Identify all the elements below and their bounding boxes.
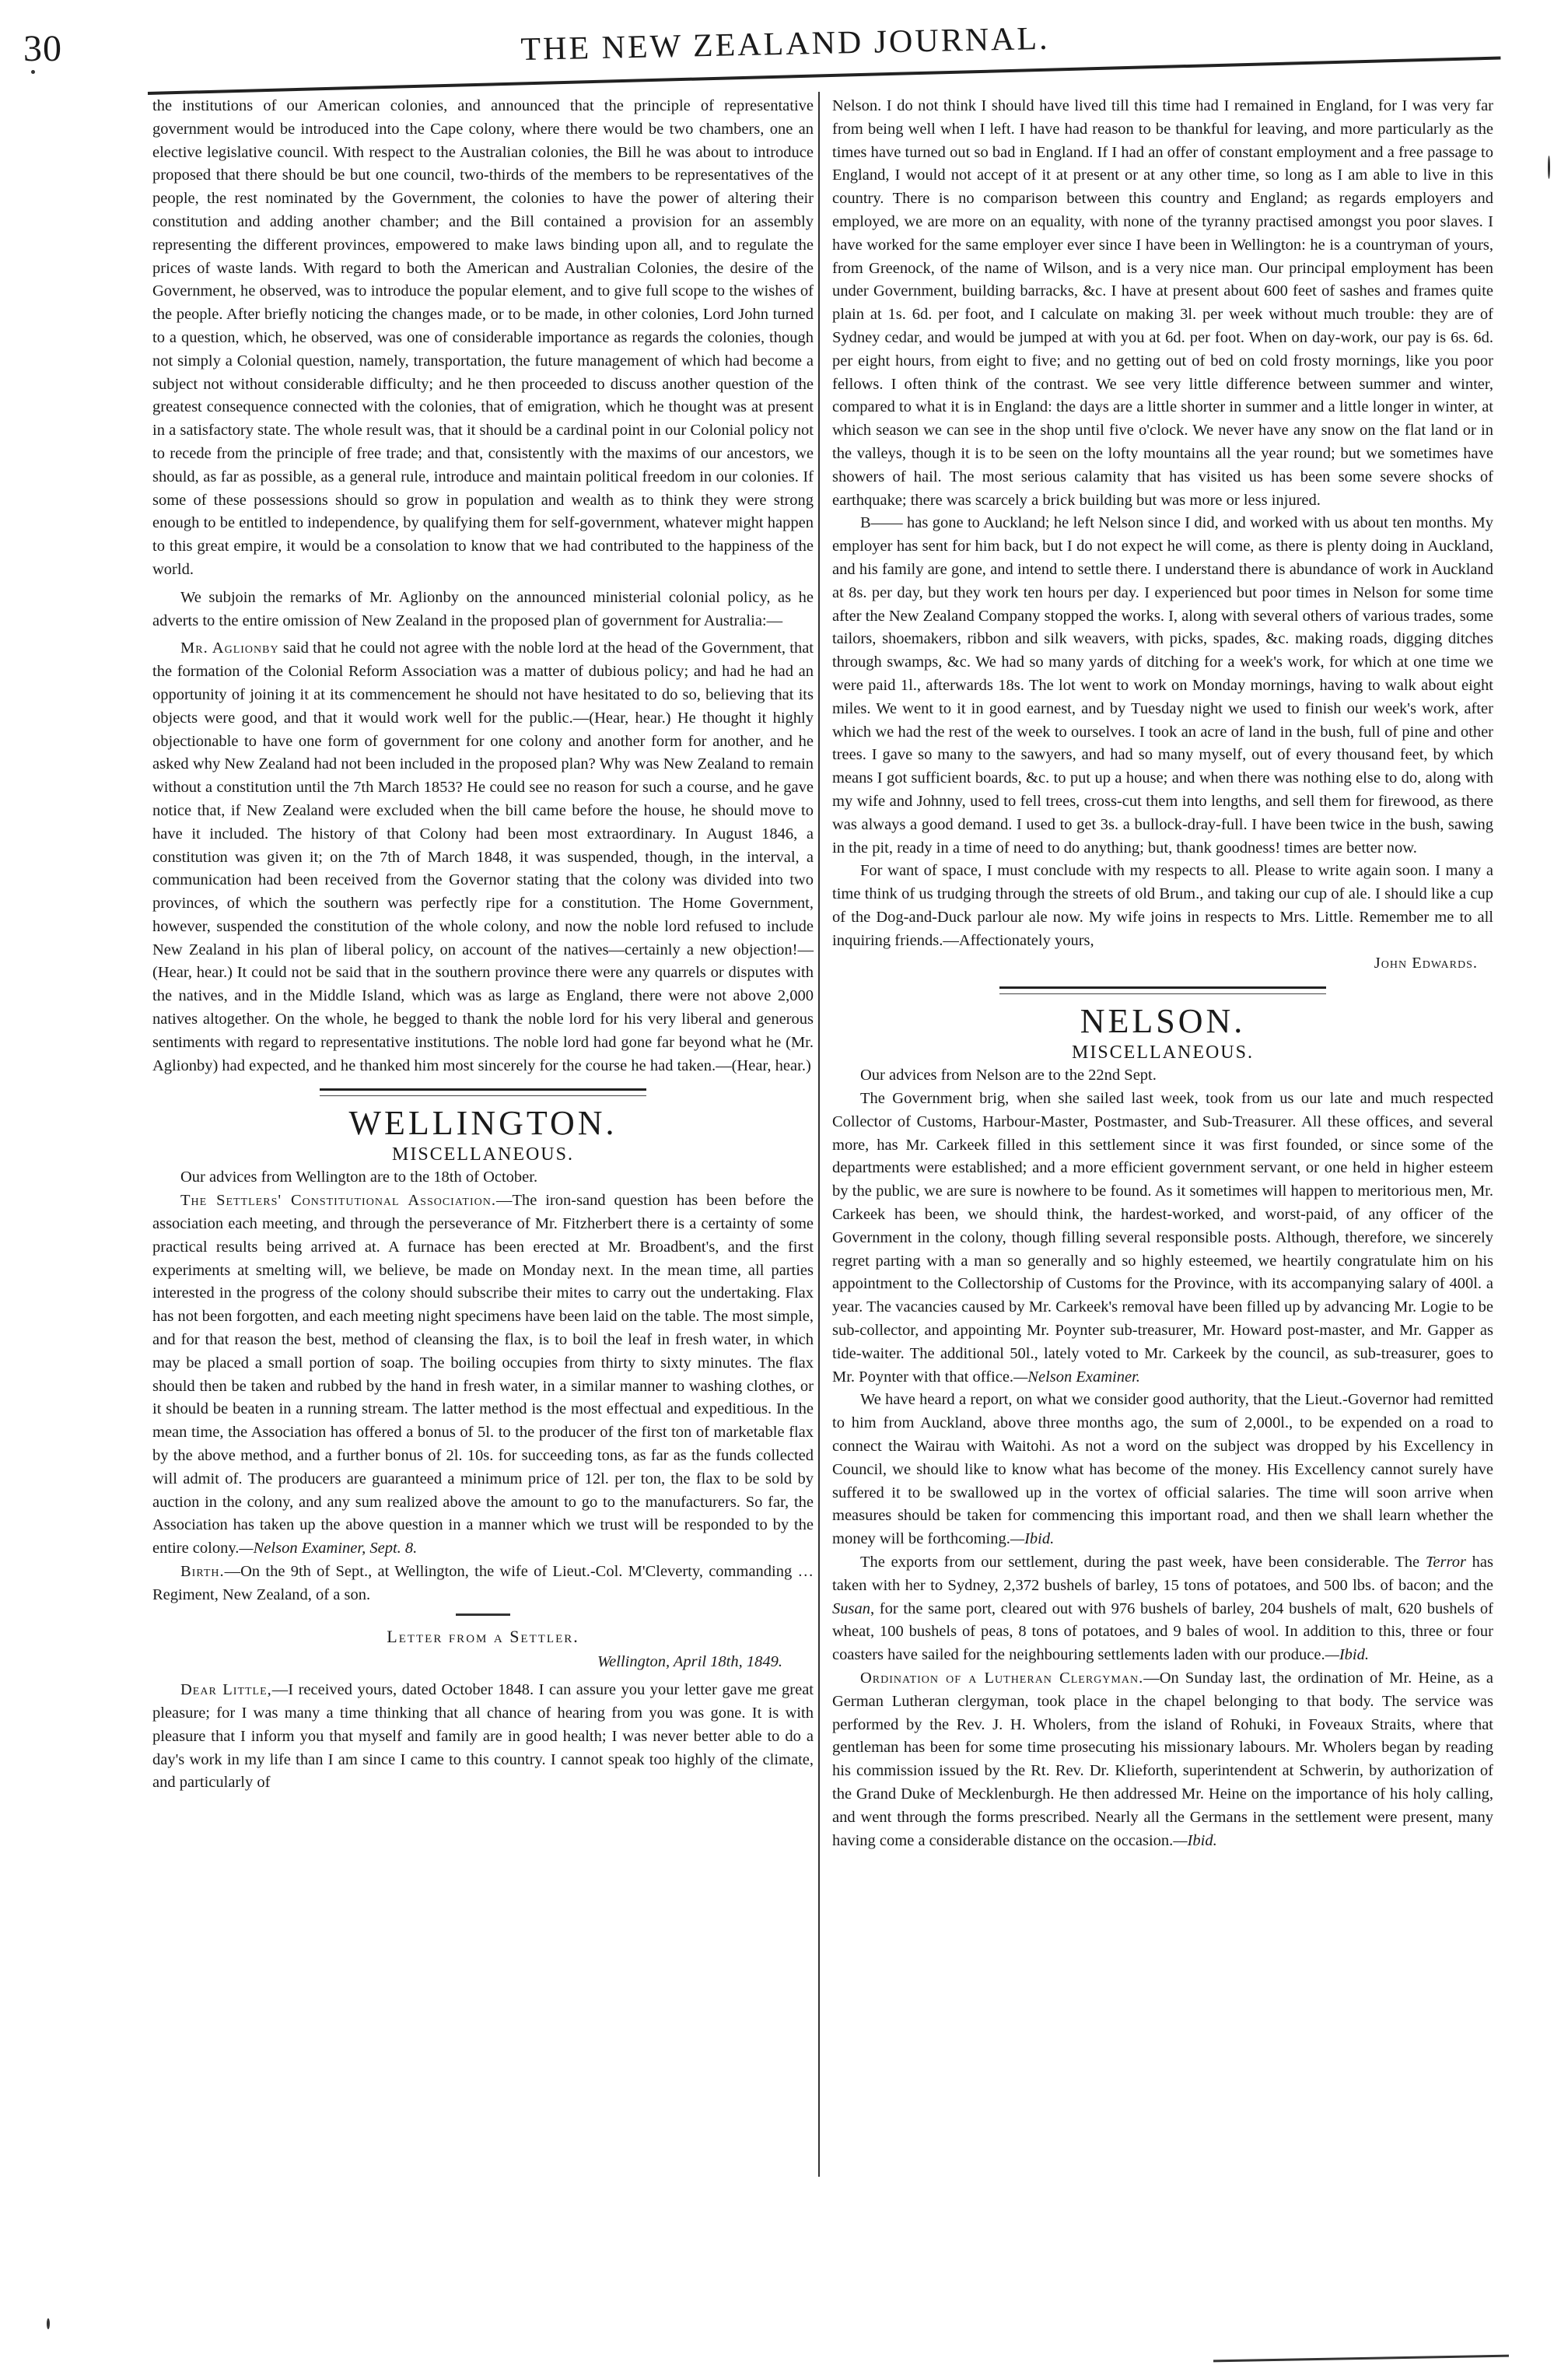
letter-paragraph: Nelson. I do not think I should have liv…: [832, 95, 1493, 512]
short-rule: [456, 1613, 510, 1616]
newspaper-page: 30 THE NEW ZEALAND JOURNAL. the institut…: [0, 0, 1568, 2365]
letter-salutation: Dear Little,: [180, 1681, 272, 1698]
scan-speck: [1213, 2355, 1509, 2363]
page-number: 30: [23, 27, 62, 70]
birth-notice: Birth.—On the 9th of Sept., at Wellingto…: [152, 1561, 814, 1607]
article-intro: Our advices from Nelson are to the 22nd …: [832, 1064, 1493, 1088]
article-paragraph: We have heard a report, on what we consi…: [832, 1389, 1493, 1551]
paragraph-title: The Settlers' Constitutional Association…: [180, 1192, 496, 1209]
article-paragraph: The Settlers' Constitutional Association…: [152, 1190, 814, 1561]
letter-paragraph: For want of space, I must conclude with …: [832, 860, 1493, 952]
article-paragraph: Ordination of a Lutheran Clergyman.—On S…: [832, 1667, 1493, 1852]
source-attribution: —Ibid.: [1325, 1646, 1369, 1663]
speaker-name: Mr. Aglionby: [180, 639, 279, 657]
masthead-title: THE NEW ZEALAND JOURNAL.: [520, 20, 1050, 68]
speech-text: said that he could not agree with the no…: [152, 639, 814, 1074]
section-subhead: MISCELLANEOUS.: [832, 1041, 1493, 1064]
header-rule: [148, 56, 1501, 95]
ship-name: Susan: [832, 1600, 870, 1617]
ship-name: Terror: [1426, 1554, 1466, 1571]
section-headline-nelson: NELSON.: [832, 1002, 1493, 1041]
article-paragraph: the institutions of our American colonie…: [152, 95, 814, 582]
source-attribution: —Nelson Examiner.: [1013, 1368, 1140, 1386]
letter-title: Letter from a Settler.: [152, 1625, 814, 1648]
section-rule: [999, 986, 1326, 994]
article-paragraph: The Government brig, when she sailed las…: [832, 1088, 1493, 1389]
article-paragraph: The exports from our settlement, during …: [832, 1551, 1493, 1667]
source-attribution: —Ibid.: [1010, 1530, 1054, 1547]
section-headline-wellington: WELLINGTON.: [152, 1104, 814, 1143]
scan-speck: [47, 2318, 50, 2329]
article-intro: Our advices from Wellington are to the 1…: [152, 1166, 814, 1190]
source-attribution: —Nelson Examiner, Sept. 8.: [239, 1540, 417, 1557]
speech-paragraph: Mr. Aglionby said that he could not agre…: [152, 637, 814, 1077]
letter-dateline: Wellington, April 18th, 1849.: [152, 1651, 814, 1674]
letter-paragraph: Dear Little,—I received yours, dated Oct…: [152, 1679, 814, 1795]
scan-speck: [31, 70, 35, 74]
column-divider: [818, 92, 820, 2177]
source-attribution: —Ibid.: [1173, 1832, 1216, 1849]
letter-paragraph: B—— has gone to Auckland; he left Nelson…: [832, 512, 1493, 860]
paragraph-title: Ordination of a Lutheran Clergyman.: [860, 1670, 1143, 1687]
article-paragraph: We subjoin the remarks of Mr. Aglionby o…: [152, 587, 814, 633]
page-header: THE NEW ZEALAND JOURNAL.: [140, 23, 1524, 93]
right-column: Nelson. I do not think I should have liv…: [832, 95, 1493, 1852]
section-subhead: MISCELLANEOUS.: [152, 1143, 814, 1166]
scan-speck: [1548, 156, 1550, 179]
section-rule: [320, 1088, 646, 1096]
letter-signature: John Edwards.: [832, 952, 1493, 976]
left-column: the institutions of our American colonie…: [152, 95, 814, 1795]
